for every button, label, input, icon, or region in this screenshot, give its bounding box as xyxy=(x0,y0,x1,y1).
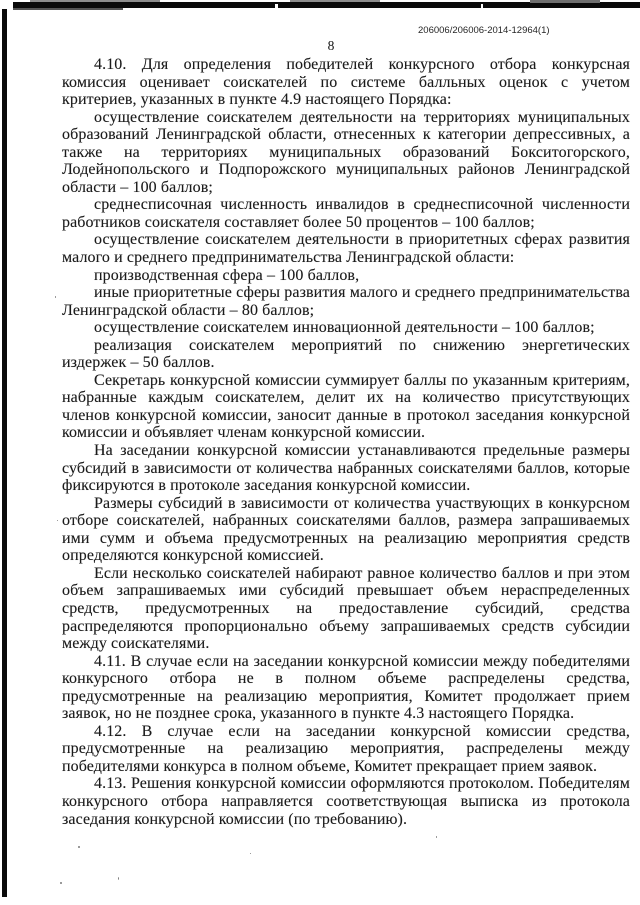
scan-artifact-fragment xyxy=(30,0,160,2)
scan-speckle xyxy=(57,520,58,521)
scan-artifact-fragment xyxy=(290,0,380,2)
scan-speckle xyxy=(118,877,119,880)
document-paragraph: осуществление соискателем инновационной … xyxy=(62,319,630,337)
document-paragraph: производственная сфера – 100 баллов, xyxy=(62,267,630,285)
page-number: 8 xyxy=(320,38,342,54)
scan-speckle xyxy=(78,846,80,848)
document-paragraph: иные приоритетные сферы развития малого … xyxy=(62,284,630,319)
document-paragraph: осуществление соискателем деятельности в… xyxy=(62,231,630,266)
document-paragraph: 4.12. В случае если на заседании конкурс… xyxy=(62,723,630,776)
scanned-document-page: 206006/206006-2014-12964(1) 8 4.10. Для … xyxy=(0,0,640,905)
document-paragraph: 4.11. В случае если на заседании конкурс… xyxy=(62,653,630,723)
scan-artifact-notch xyxy=(481,4,483,10)
document-paragraph: 4.10. Для определения победителей конкур… xyxy=(62,56,630,109)
scan-artifact-fragment xyxy=(530,0,600,3)
document-paragraph: На заседании конкурсной комиссии устанав… xyxy=(62,442,630,495)
document-paragraph: осуществление соискателем деятельности н… xyxy=(62,109,630,197)
document-paragraph: 4.13. Решения конкурсной комиссии оформл… xyxy=(62,775,630,828)
scan-artifact-left-edge xyxy=(2,9,7,897)
document-paragraph: реализация соискателем мероприятий по сн… xyxy=(62,337,630,372)
document-paragraph: среднесписочная численность инвалидов в … xyxy=(62,196,630,231)
document-paragraph: Если несколько соискателей набирают равн… xyxy=(62,565,630,653)
document-body: 4.10. Для определения победителей конкур… xyxy=(62,56,630,828)
scan-speckle xyxy=(55,296,56,298)
scan-speckle xyxy=(250,853,251,854)
scan-speckle xyxy=(60,882,62,884)
scan-artifact-fragment xyxy=(13,8,123,10)
document-paragraph: Секретарь конкурсной комиссии суммирует … xyxy=(62,372,630,442)
document-code-stamp: 206006/206006-2014-12964(1) xyxy=(418,25,550,36)
scan-speckle xyxy=(436,836,437,838)
scan-artifact-notch xyxy=(275,4,278,10)
document-paragraph: Размеры субсидий в зависимости от количе… xyxy=(62,495,630,565)
